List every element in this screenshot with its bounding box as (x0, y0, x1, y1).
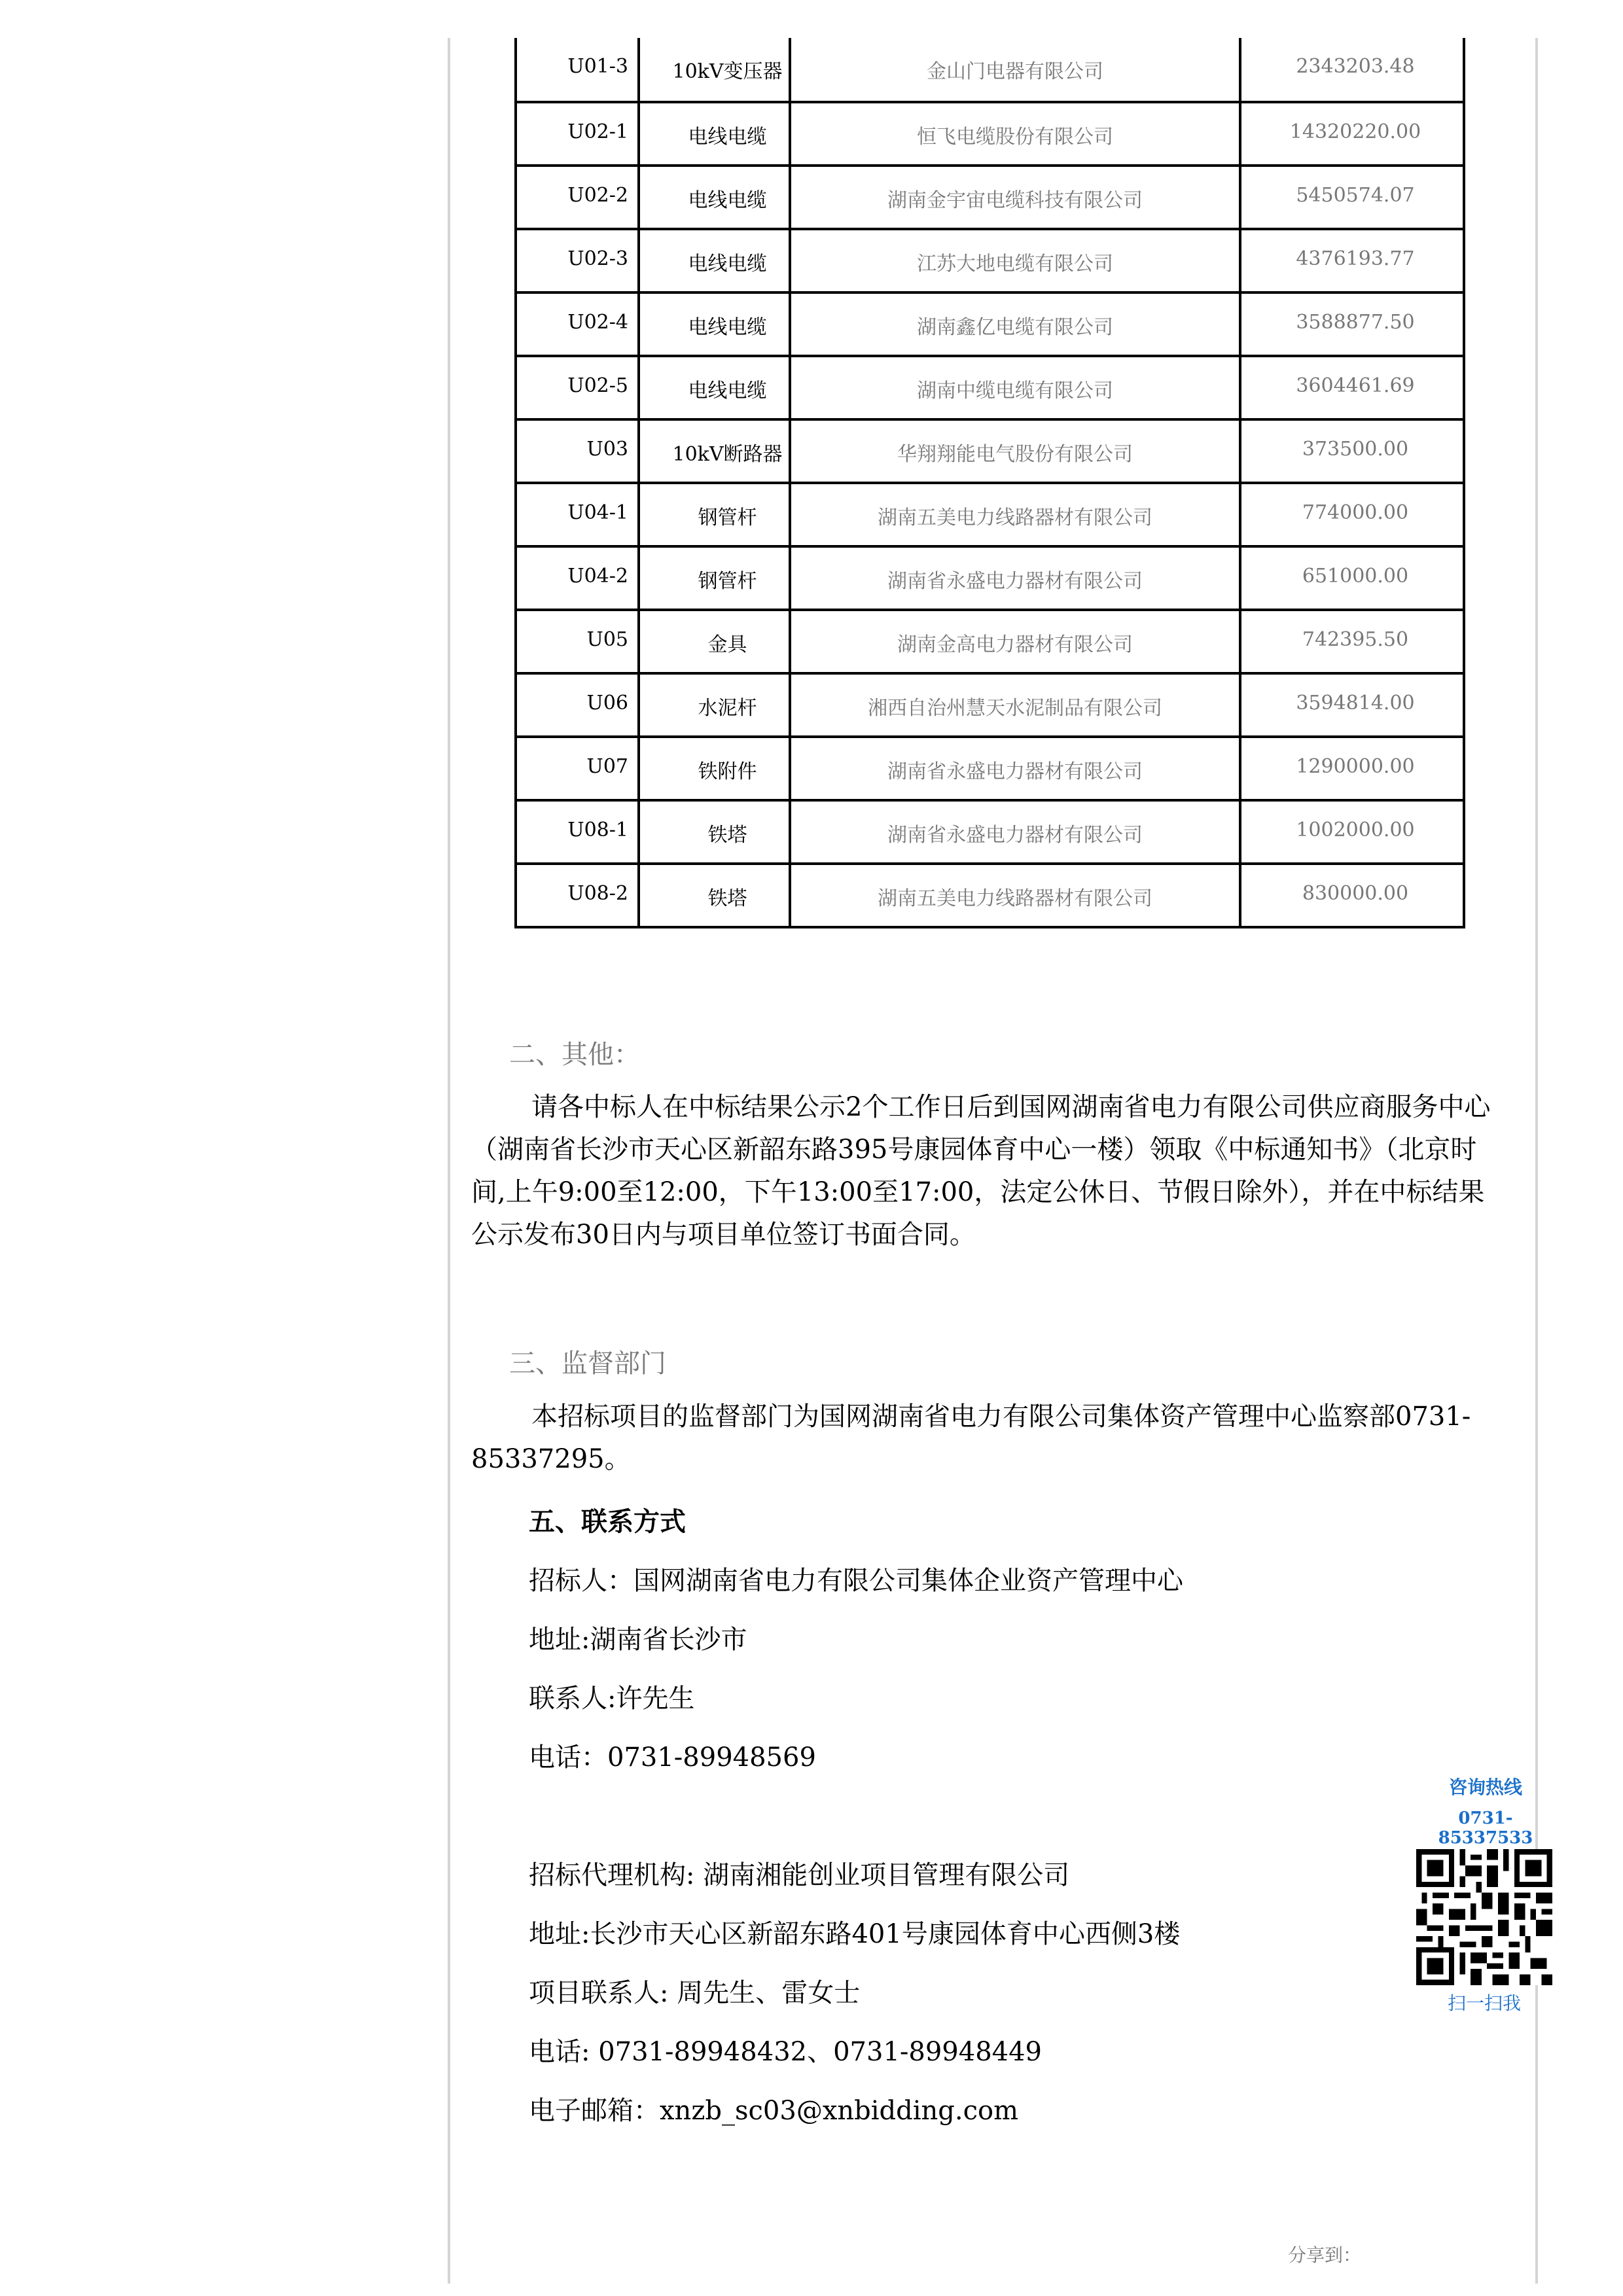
type-cell: 金具 (639, 610, 790, 673)
hotline-number[interactable]: 0731-85337533 (1420, 1809, 1551, 1848)
amount-cell: 1290000.00 (1240, 737, 1464, 800)
company-cell: 湘西自治州慧天水泥制品有限公司 (790, 673, 1240, 737)
agency-address-line: 地址:长沙市天心区新韶东路401号康园体育中心西侧3楼 (529, 1913, 1180, 1951)
amount-cell: 830000.00 (1240, 864, 1464, 927)
type-cell: 钢管杆 (639, 546, 790, 610)
lot-cell: U03 (516, 419, 639, 483)
table-row: U02-2电线电缆湖南金宇宙电缆科技有限公司5450574.07 (516, 166, 1464, 229)
amount-cell: 3594814.00 (1240, 673, 1464, 737)
lot-cell: U02-4 (516, 292, 639, 356)
agency-phone-line: 电话: 0731-89948432、0731-89948449 (529, 2031, 1042, 2068)
lot-cell: U04-1 (516, 483, 639, 546)
amount-cell: 2343203.48 (1240, 38, 1464, 102)
company-cell: 湖南省永盛电力器材有限公司 (790, 737, 1240, 800)
page-border-left (448, 38, 450, 2284)
company-cell: 湖南省永盛电力器材有限公司 (790, 800, 1240, 864)
type-cell: 电线电缆 (639, 292, 790, 356)
company-cell: 湖南中缆电缆有限公司 (790, 356, 1240, 419)
lot-cell: U02-5 (516, 356, 639, 419)
amount-cell: 3604461.69 (1240, 356, 1464, 419)
table-row: U08-2铁塔湖南五美电力线路器材有限公司830000.00 (516, 864, 1464, 927)
type-cell: 电线电缆 (639, 356, 790, 419)
table-row: U01-310kV变压器金山门电器有限公司2343203.48 (516, 38, 1464, 102)
qr-code-icon[interactable] (1416, 1849, 1552, 1985)
table-row: U05金具湖南金高电力器材有限公司742395.50 (516, 610, 1464, 673)
lot-cell: U08-1 (516, 800, 639, 864)
lot-cell: U05 (516, 610, 639, 673)
type-cell: 水泥杆 (639, 673, 790, 737)
tenderer-phone-line: 电话：0731-89948569 (529, 1737, 816, 1774)
company-cell: 湖南金高电力器材有限公司 (790, 610, 1240, 673)
company-cell: 湖南省永盛电力器材有限公司 (790, 546, 1240, 610)
type-cell: 电线电缆 (639, 229, 790, 292)
hotline-label: 咨询热线 (1420, 1773, 1551, 1799)
type-cell: 电线电缆 (639, 102, 790, 166)
company-cell: 华翔翔能电气股份有限公司 (790, 419, 1240, 483)
company-cell: 恒飞电缆股份有限公司 (790, 102, 1240, 166)
type-cell: 10kV断路器 (639, 419, 790, 483)
table-row: U02-3电线电缆江苏大地电缆有限公司4376193.77 (516, 229, 1464, 292)
hotline-widget: 咨询热线 0731-85337533 (1420, 1773, 1551, 1848)
table-row: U02-1电线电缆恒飞电缆股份有限公司14320220.00 (516, 102, 1464, 166)
lot-cell: U01-3 (516, 38, 639, 102)
company-cell: 湖南五美电力线路器材有限公司 (790, 864, 1240, 927)
amount-cell: 774000.00 (1240, 483, 1464, 546)
share-label: 分享到： (1288, 2241, 1361, 2267)
lot-cell: U08-2 (516, 864, 639, 927)
table-row: U0310kV断路器华翔翔能电气股份有限公司373500.00 (516, 419, 1464, 483)
section-contact-title: 五、联系方式 (529, 1501, 686, 1538)
tenderer-contact-line: 联系人:许先生 (529, 1678, 694, 1715)
type-cell: 铁塔 (639, 800, 790, 864)
type-cell: 钢管杆 (639, 483, 790, 546)
lot-cell: U04-2 (516, 546, 639, 610)
lot-cell: U07 (516, 737, 639, 800)
table-row: U08-1铁塔湖南省永盛电力器材有限公司1002000.00 (516, 800, 1464, 864)
amount-cell: 373500.00 (1240, 419, 1464, 483)
table-row: U02-4电线电缆湖南鑫亿电缆有限公司3588877.50 (516, 292, 1464, 356)
table-row: U02-5电线电缆湖南中缆电缆有限公司3604461.69 (516, 356, 1464, 419)
company-cell: 湖南金宇宙电缆科技有限公司 (790, 166, 1240, 229)
amount-cell: 1002000.00 (1240, 800, 1464, 864)
type-cell: 铁附件 (639, 737, 790, 800)
section-other-title: 二、其他： (509, 1034, 640, 1071)
agency-contact-line: 项目联系人: 周先生、雷女士 (529, 1972, 860, 2009)
company-cell: 湖南鑫亿电缆有限公司 (790, 292, 1240, 356)
amount-cell: 5450574.07 (1240, 166, 1464, 229)
company-cell: 江苏大地电缆有限公司 (790, 229, 1240, 292)
section-supervision-title: 三、监督部门 (509, 1343, 666, 1380)
table-row: U04-1钢管杆湖南五美电力线路器材有限公司774000.00 (516, 483, 1464, 546)
lot-cell: U06 (516, 673, 639, 737)
lot-cell: U02-3 (516, 229, 639, 292)
tenderer-address-line: 地址:湖南省长沙市 (529, 1619, 747, 1656)
amount-cell: 742395.50 (1240, 610, 1464, 673)
lot-cell: U02-1 (516, 102, 639, 166)
company-cell: 湖南五美电力线路器材有限公司 (790, 483, 1240, 546)
table-row: U06水泥杆湘西自治州慧天水泥制品有限公司3594814.00 (516, 673, 1464, 737)
amount-cell: 651000.00 (1240, 546, 1464, 610)
agency-email-line[interactable]: 电子邮箱：xnzb_sc03@xnbidding.com (529, 2090, 1018, 2127)
section-other-body: 请各中标人在中标结果公示2个工作日后到国网湖南省电力有限公司供应商服务中心（湖南… (471, 1086, 1492, 1256)
amount-cell: 3588877.50 (1240, 292, 1464, 356)
type-cell: 电线电缆 (639, 166, 790, 229)
section-supervision-body: 本招标项目的监督部门为国网湖南省电力有限公司集体资产管理中心监察部0731-85… (471, 1396, 1492, 1481)
lot-cell: U02-2 (516, 166, 639, 229)
qr-caption: 扫一扫我 (1416, 1989, 1552, 2015)
table-row: U04-2钢管杆湖南省永盛电力器材有限公司651000.00 (516, 546, 1464, 610)
company-cell: 金山门电器有限公司 (790, 38, 1240, 102)
agency-line: 招标代理机构: 湖南湘能创业项目管理有限公司 (529, 1854, 1069, 1892)
award-results-table: U01-310kV变压器金山门电器有限公司2343203.48U02-1电线电缆… (514, 38, 1465, 928)
amount-cell: 4376193.77 (1240, 229, 1464, 292)
tenderer-line: 招标人：国网湖南省电力有限公司集体企业资产管理中心 (529, 1560, 1183, 1597)
type-cell: 铁塔 (639, 864, 790, 927)
table-row: U07铁附件湖南省永盛电力器材有限公司1290000.00 (516, 737, 1464, 800)
type-cell: 10kV变压器 (639, 38, 790, 102)
amount-cell: 14320220.00 (1240, 102, 1464, 166)
